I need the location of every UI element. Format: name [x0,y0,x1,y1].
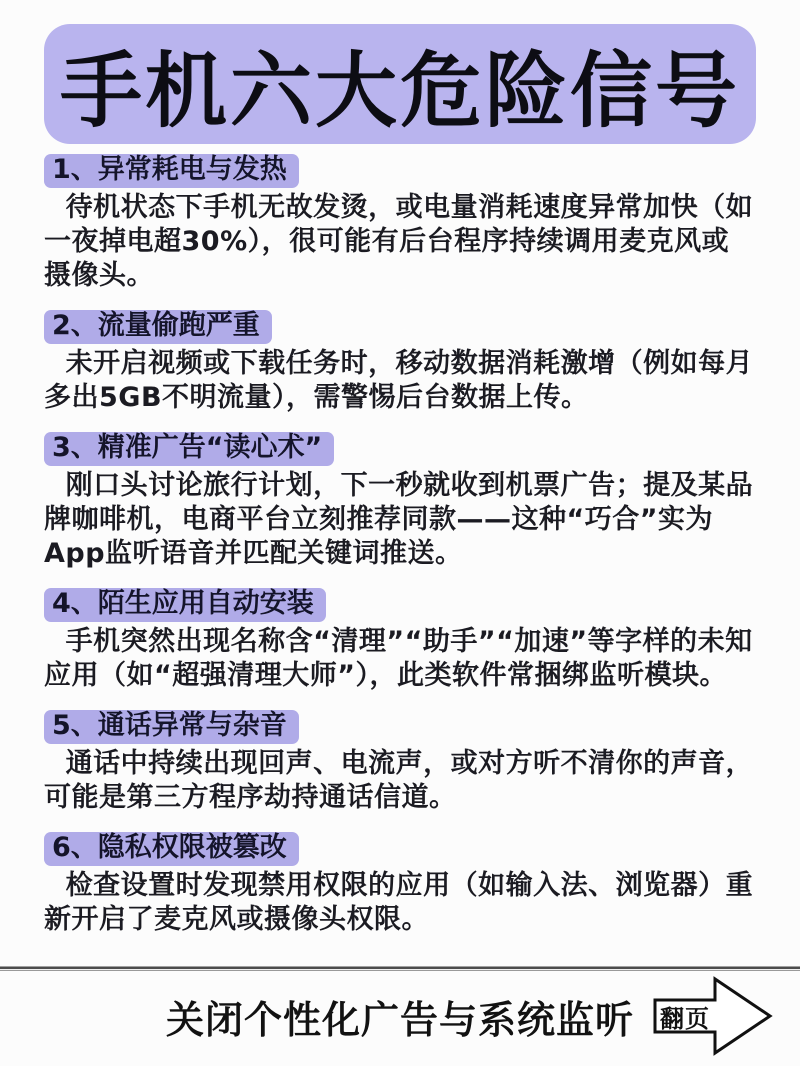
footer: 关闭个性化广告与系统监听 翻页 [0,966,800,1066]
section-body: 待机状态下手机无故发烫，或电量消耗速度异常加快（如一夜掉电超30%），很可能有后… [44,191,756,293]
section-2: 2、流量偷跑严重 未开启视频或下载任务时，移动数据消耗激增（例如每月多出5GB不… [44,310,756,415]
section-body: 未开启视频或下载任务时，移动数据消耗激增（例如每月多出5GB不明流量），需警惕后… [44,347,756,415]
section-5: 5、通话异常与杂音 通话中持续出现回声、电流声，或对方听不清你的声音，可能是第三… [44,710,756,815]
page-title: 手机六大危险信号 [44,24,756,144]
page-flip-label: 翻页 [655,1000,715,1032]
section-heading: 2、流量偷跑严重 [44,310,272,344]
section-body: 刚口头讨论旅行计划，下一秒就收到机票广告；提及某品牌咖啡机，电商平台立刻推荐同款… [44,469,756,571]
section-heading: 6、隐私权限被篡改 [44,832,299,866]
section-heading: 1、异常耗电与发热 [44,154,299,188]
section-heading: 5、通话异常与杂音 [44,710,299,744]
section-body: 通话中持续出现回声、电流声，或对方听不清你的声音，可能是第三方程序劫持通话信道。 [44,747,756,815]
section-1: 1、异常耗电与发热 待机状态下手机无故发烫，或电量消耗速度异常加快（如一夜掉电超… [44,154,756,293]
section-body: 检查设置时发现禁用权限的应用（如输入法、浏览器）重新开启了麦克风或摄像头权限。 [44,869,756,937]
content-area: 手机六大危险信号 1、异常耗电与发热 待机状态下手机无故发烫，或电量消耗速度异常… [0,0,800,937]
section-6: 6、隐私权限被篡改 检查设置时发现禁用权限的应用（如输入法、浏览器）重新开启了麦… [44,832,756,937]
section-heading: 3、精准广告“读心术” [44,432,334,466]
section-3: 3、精准广告“读心术” 刚口头讨论旅行计划，下一秒就收到机票广告；提及某品牌咖啡… [44,432,756,571]
page-flip-button[interactable]: 翻页 [652,975,774,1057]
section-4: 4、陌生应用自动安装 手机突然出现名称含“清理”“助手”“加速”等字样的未知应用… [44,588,756,693]
infographic-page: 手机六大危险信号 1、异常耗电与发热 待机状态下手机无故发烫，或电量消耗速度异常… [0,0,800,1066]
section-heading: 4、陌生应用自动安装 [44,588,326,622]
section-body: 手机突然出现名称含“清理”“助手”“加速”等字样的未知应用（如“超强清理大师”）… [44,625,756,693]
